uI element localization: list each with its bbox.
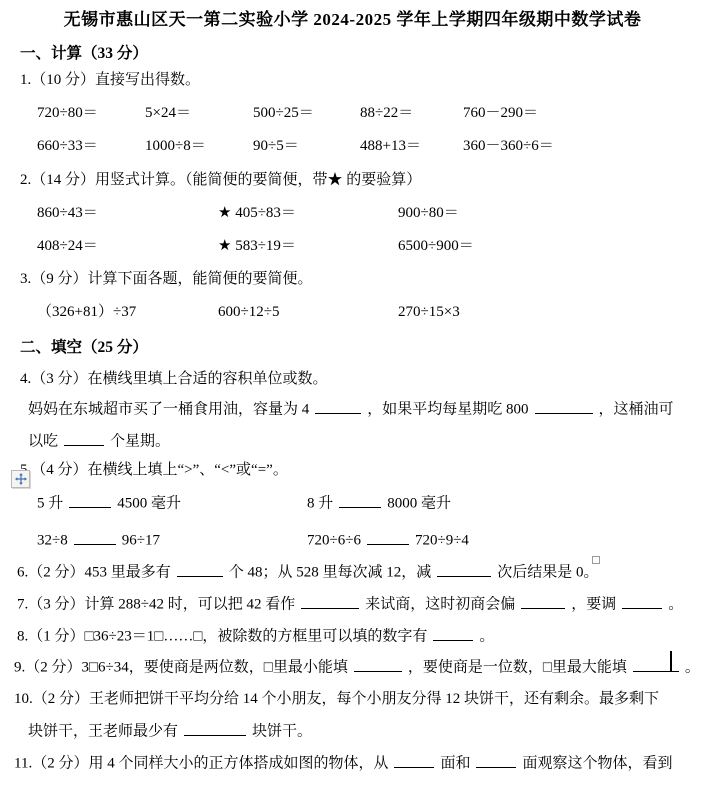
answer-blank [433,626,473,641]
exam-document-page: 无锡市惠山区天一第二实验小学 2024-2025 学年上学期四年级期中数学试卷 … [0,0,705,786]
object-anchor-move-icon[interactable] [11,470,30,488]
q9-line: 9.（2 分）3□6÷34，要使商是两位数，□里最小能填，要使商是一位数，□里最… [14,657,700,679]
compare-right: 96÷17 [122,533,160,549]
q7-text: ，要调 [571,597,616,613]
q1-row2: 660÷33＝ 1000÷8＝ 90÷5＝ 488+13＝ 360－360÷6＝ [37,136,697,157]
q1-row1: 720÷80＝ 5×24＝ 500÷25＝ 88÷22＝ 760－290＝ [37,103,697,124]
compare-left: 8 升 [307,496,333,512]
q4-line2: 以吃个星期。 [28,431,170,453]
q11-line: 11.（2 分）用 4 个同样大小的正方体搭成如图的物体，从面和面观察这个物体，… [14,753,672,775]
answer-blank [476,753,516,768]
q7-text: 。 [668,597,683,613]
answer-blank [69,493,111,508]
answer-blank [394,753,434,768]
expression: 720÷80＝ [37,103,145,124]
q5-row2: 32÷896÷17 720÷6÷6720÷9÷4 [37,530,697,552]
compare-item: 32÷896÷17 [37,530,307,552]
q2-row2: 408÷24＝ ★ 583÷19＝ 6500÷900＝ [37,236,697,257]
answer-blank [177,562,223,577]
compare-right: 720÷9÷4 [415,533,469,549]
answer-blank [354,657,402,672]
q4-line1: 妈妈在东城超市买了一桶食用油，容量为 4，如果平均每星期吃 800，这桶油可 [28,399,674,421]
compare-right: 4500 毫升 [117,496,181,512]
q11-text: 面和 [440,756,470,772]
expression: 88÷22＝ [360,103,463,124]
compare-left: 32÷8 [37,533,68,549]
q1-label: 1.（10 分）直接写出得数。 [20,70,200,91]
q8-text: 8.（1 分）□36÷23＝1□……□，被除数的方框里可以填的数字有 [17,629,427,645]
expression: 360－360÷6＝ [463,136,697,157]
expression-starred: ★ 405÷83＝ [218,203,398,224]
answer-blank [315,399,361,414]
four-arrows-move-glyph [15,473,27,485]
q6-text: 个 48；从 528 里每次减 12，减 [229,565,432,581]
q3-row: （326+81）÷37 600÷12÷5 270÷15×3 [37,302,697,323]
q5-label: 5.（4 分）在横线上填上“>”、“<”或“=”。 [20,460,288,481]
q7-line: 7.（3 分）计算 288÷42 时，可以把 42 看作来试商，这时初商会偏，要… [17,594,683,616]
formatting-mark-square-icon [592,556,600,564]
expression: 600÷12÷5 [218,302,398,323]
compare-item: 720÷6÷6720÷9÷4 [307,530,697,552]
answer-blank [622,594,662,609]
q7-text: 来试商，这时初商会偏 [365,597,515,613]
expression-starred: ★ 583÷19＝ [218,236,398,257]
q6-text: 次后结果是 0。 [497,565,598,581]
expression: 5×24＝ [145,103,253,124]
answer-blank [521,594,565,609]
expression: （326+81）÷37 [37,302,218,323]
expression: 1000÷8＝ [145,136,253,157]
expression: 860÷43＝ [37,203,218,224]
compare-item: 5 升4500 毫升 [37,493,307,515]
section-fill-heading: 二、填空（25 分） [20,337,148,358]
q11-text: 面观察这个物体，看到 [522,756,672,772]
q9-text: ，要使商是一位数，□里最大能填 [408,660,627,676]
q4-text: ，如果平均每星期吃 800 [367,402,528,418]
answer-blank [367,530,409,545]
expression: 760－290＝ [463,103,697,124]
q2-label: 2.（14 分）用竖式计算。（能简便的要简便，带★ 的要验算） [20,170,421,191]
q7-text: 7.（3 分）计算 288÷42 时，可以把 42 看作 [17,597,295,613]
expression: 488+13＝ [360,136,463,157]
answer-blank [633,657,679,672]
q10-text: 块饼干，王老师最少有 [28,724,178,740]
expression: 660÷33＝ [37,136,145,157]
q10-line2: 块饼干，王老师最少有块饼干。 [28,721,312,743]
compare-left: 720÷6÷6 [307,533,361,549]
q9-text: 。 [685,660,700,676]
answer-blank [437,562,491,577]
q10-line1: 10.（2 分）王老师把饼干平均分给 14 个小朋友，每个小朋友分得 12 块饼… [14,689,659,710]
text-cursor-caret [670,651,672,672]
exam-title: 无锡市惠山区天一第二实验小学 2024-2025 学年上学期四年级期中数学试卷 [0,5,705,30]
q4-text: 妈妈在东城超市买了一桶食用油，容量为 4 [28,402,309,418]
q9-text: 9.（2 分）3□6÷34，要使商是两位数，□里最小能填 [14,660,348,676]
q5-row1: 5 升4500 毫升 8 升8000 毫升 [37,493,697,515]
q2-row1: 860÷43＝ ★ 405÷83＝ 900÷80＝ [37,203,697,224]
answer-blank [301,594,359,609]
answer-blank [535,399,593,414]
q10-text: 块饼干。 [252,724,312,740]
expression: 500÷25＝ [253,103,360,124]
compare-right: 8000 毫升 [387,496,451,512]
q4-text: ，这桶油可 [599,402,674,418]
section-calc-heading: 一、计算（33 分） [20,43,148,64]
q6-line: 6.（2 分）453 里最多有个 48；从 528 里每次减 12，减次后结果是… [17,562,599,584]
answer-blank [184,721,246,736]
expression: 408÷24＝ [37,236,218,257]
q8-text: 。 [479,629,494,645]
q4-text: 个星期。 [110,434,170,450]
answer-blank [339,493,381,508]
compare-left: 5 升 [37,496,63,512]
compare-item: 8 升8000 毫升 [307,493,697,515]
expression: 90÷5＝ [253,136,360,157]
answer-blank [74,530,116,545]
q4-text: 以吃 [28,434,58,450]
expression: 900÷80＝ [398,203,697,224]
answer-blank [64,431,104,446]
expression: 270÷15×3 [398,302,697,323]
expression: 6500÷900＝ [398,236,697,257]
q11-text: 11.（2 分）用 4 个同样大小的正方体搭成如图的物体，从 [14,756,388,772]
q6-text: 6.（2 分）453 里最多有 [17,565,171,581]
q4-label: 4.（3 分）在横线里填上合适的容积单位或数。 [20,369,328,390]
q3-label: 3.（9 分）计算下面各题，能简便的要简便。 [20,269,313,290]
q8-line: 8.（1 分）□36÷23＝1□……□，被除数的方框里可以填的数字有。 [17,626,494,648]
